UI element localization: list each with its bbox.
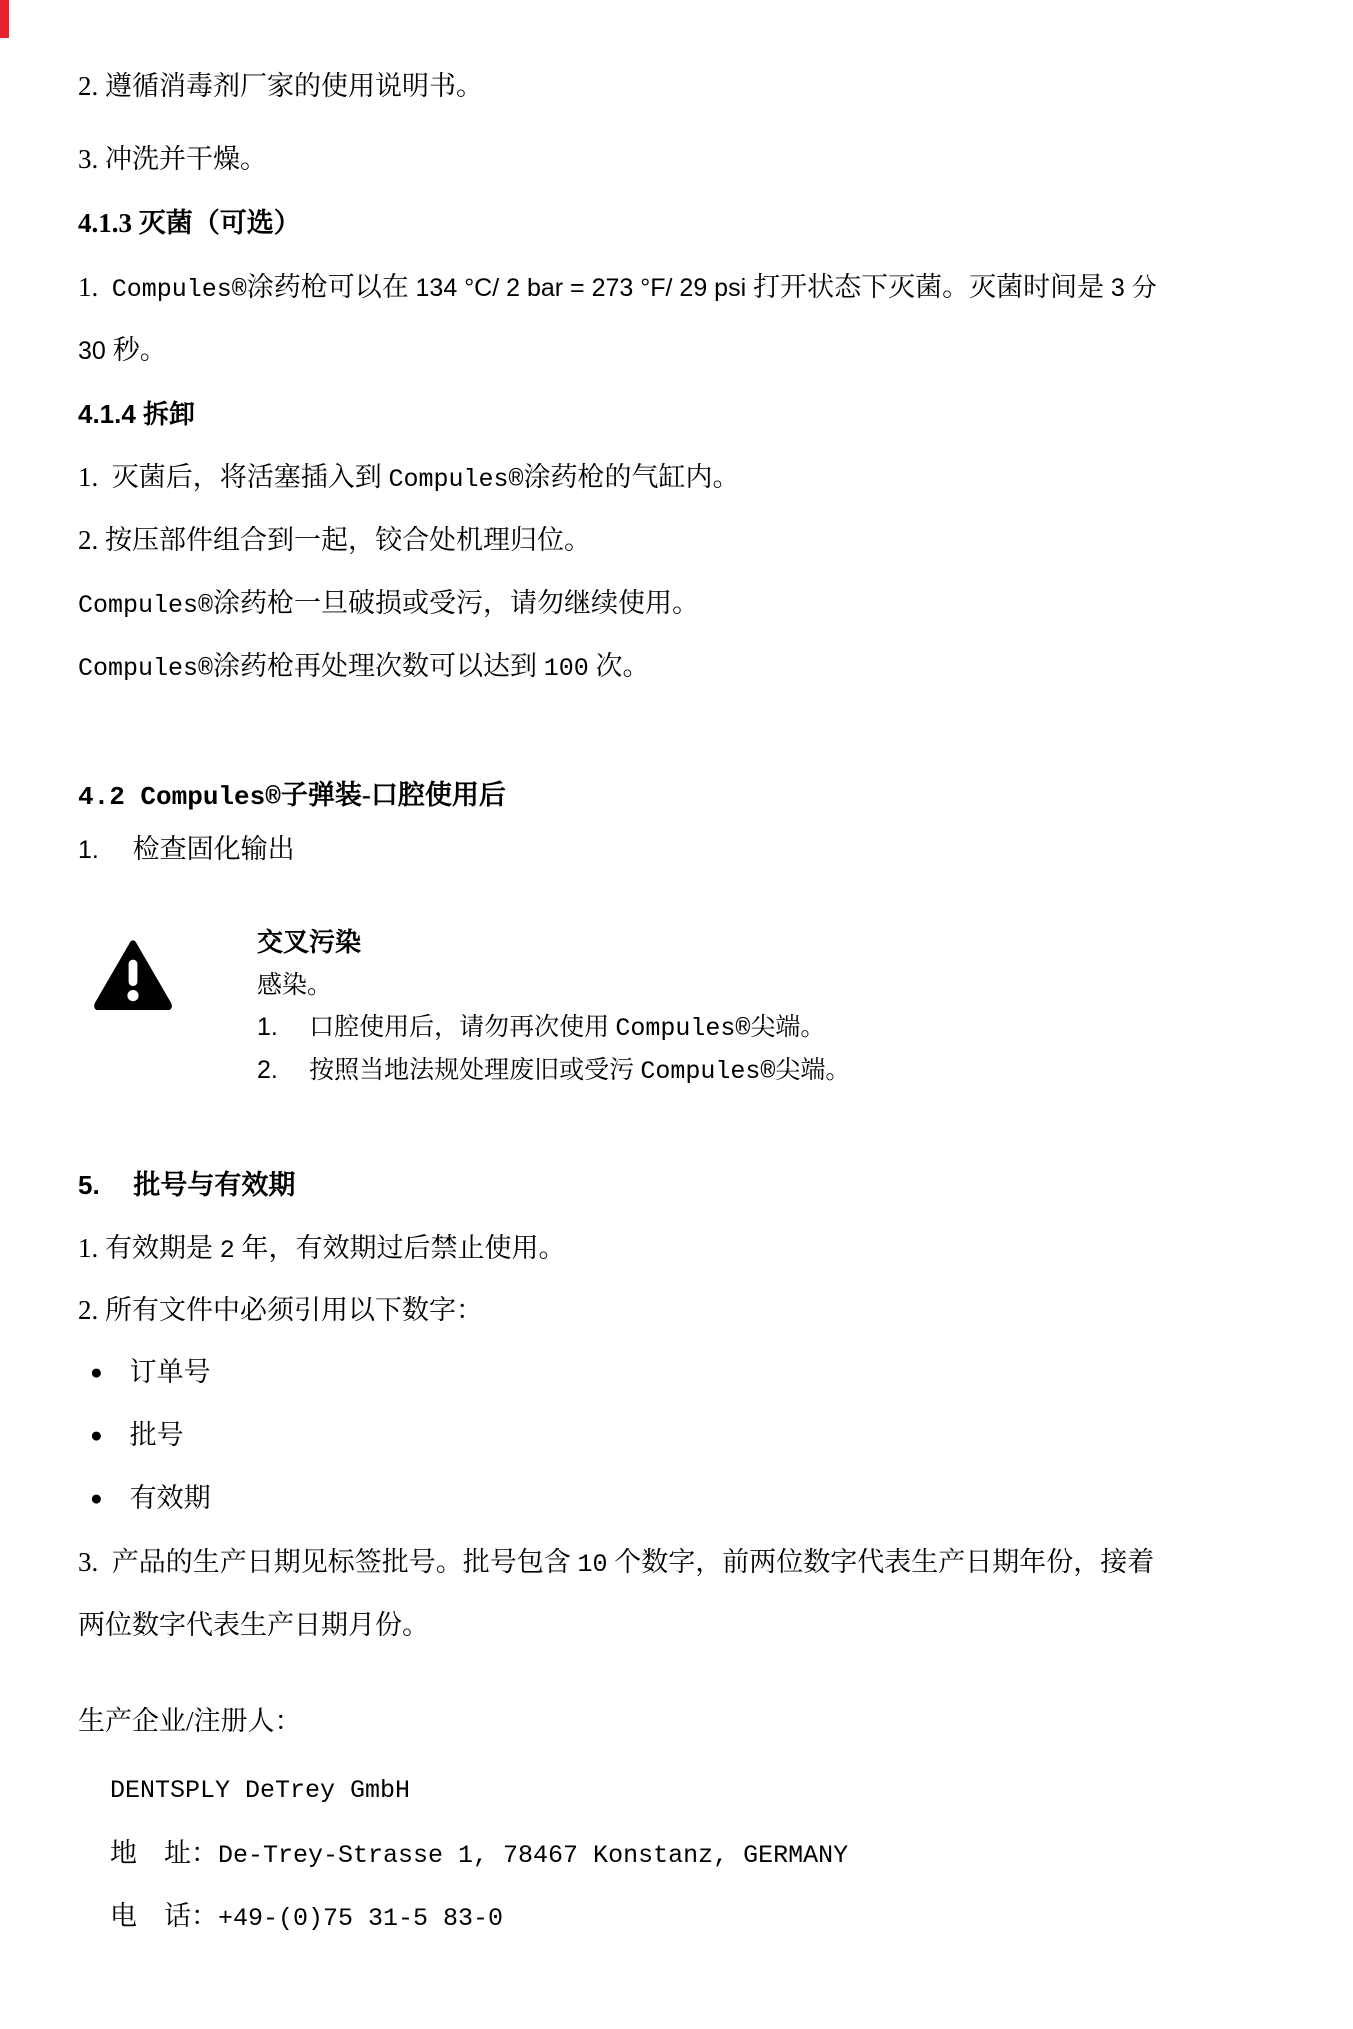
bullet-order-number-run-0: ● [90,1360,103,1384]
para-manufacturer-label: 生产企业/注册人： [78,1705,302,1739]
para-step3-rinse-dry-run-0: 3. 冲洗并干燥。 [78,144,267,174]
para-lot-number-line1-run-2: 个数字，前两位数字代表生产日期年份，接着 [608,1547,1155,1577]
bullet-lot-number-run-0: ● [90,1423,103,1447]
warning-item-2-run-0: 2. [257,1056,278,1084]
heading-5-lot-expiry-run-1: 批号与有效期 [100,1170,296,1200]
para-sterilization-line1: 1. Compules®涂药枪可以在 134 °C/ 2 bar = 273 °… [78,271,1157,305]
para-step3-rinse-dry: 3. 冲洗并干燥。 [78,143,267,177]
warning-item-2: 2. 按照当地法规处理废旧或受污 Compules®尖端。 [257,1055,850,1087]
heading-4-1-3-sterilization-run-0: 4.1.3 灭菌（可选） [78,208,301,238]
para-disassembly-step2-run-0: 2. 按压部件组合到一起，铰合处机理归位。 [78,525,591,555]
para-manufacturer-label-run-0: 生产企业/注册人： [78,1706,302,1736]
para-expiry-2-years-run-1: 2 [220,1236,235,1265]
para-documents-must-cite: 2. 所有文件中必须引用以下数字： [78,1294,483,1328]
para-lot-number-line1-run-1: 10 [578,1550,608,1579]
para-sterilization-line2: 30 秒。 [78,334,167,368]
heading-4-2-compules-after-oral-use: 4.2 Compules®子弹装-口腔使用后 [78,779,506,814]
warning-subtitle: 感染。 [257,970,332,1001]
para-damaged-warning-run-0: Compules® [78,591,213,620]
heading-4-2-compules-after-oral-use-run-0: 4.2 Compules® [78,782,281,812]
para-reprocess-count-run-0: Compules® [78,654,213,683]
para-phone-run-0: 电 话： [110,1901,218,1931]
warning-item-2-run-1: 按照当地法规处理废旧或受污 [278,1057,641,1084]
bullet-expiry-date: ● 有效期 [90,1482,211,1516]
bullet-expiry-date-run-1: 有效期 [103,1483,211,1513]
warning-title: 交叉污染 [257,926,361,960]
para-manufacturer-name-run-0: DENTSPLY DeTrey GmbH [110,1776,410,1805]
warning-triangle-icon [93,938,173,1010]
para-disassembly-step1-run-1: Compules® [389,465,524,494]
warning-item-2-run-2: Compules® [640,1057,775,1086]
heading-4-1-3-sterilization: 4.1.3 灭菌（可选） [78,207,301,241]
para-check-cure-output-run-0: 1. [78,836,99,864]
para-check-cure-output: 1. 检查固化输出 [78,833,295,867]
para-reprocess-count: Compules®涂药枪再处理次数可以达到 100 次。 [78,650,650,684]
para-lot-number-line2-run-0: 两位数字代表生产日期月份。 [78,1610,429,1640]
heading-5-lot-expiry-run-0: 5. [78,1170,100,1200]
heading-4-1-4-disassembly: 4.1.4 拆卸 [78,398,195,432]
para-sterilization-line1-run-0: 1. [78,272,112,302]
para-phone-run-1: +49-(0)75 31-5 83-0 [218,1904,503,1933]
para-reprocess-count-run-2: 100 [544,654,589,683]
heading-5-lot-expiry: 5. 批号与有效期 [78,1169,295,1203]
para-damaged-warning: Compules®涂药枪一旦破损或受污，请勿继续使用。 [78,587,699,621]
para-sterilization-line2-run-1: 秒。 [113,335,167,365]
para-address-run-1: De-Trey-Strasse 1, 78467 Konstanz, GERMA… [218,1841,848,1870]
bullet-order-number-run-1: 订单号 [103,1357,211,1387]
warning-item-2-run-3: 尖端。 [775,1057,850,1084]
warning-item-1: 1. 口腔使用后，请勿再次使用 Compules®尖端。 [257,1012,825,1044]
bullet-lot-number: ● 批号 [90,1419,184,1453]
para-sterilization-line1-run-3: 134 °C/ 2 bar = 273 °F/ 29 psi [416,274,754,302]
warning-item-1-run-2: Compules® [615,1014,750,1043]
warning-item-1-run-1: 口腔使用后，请勿再次使用 [278,1014,616,1041]
warning-item-1-run-0: 1. [257,1013,278,1041]
para-expiry-2-years: 1. 有效期是 2 年，有效期过后禁止使用。 [78,1232,566,1266]
para-address: 地 址：De-Trey-Strasse 1, 78467 Konstanz, G… [110,1837,848,1871]
para-damaged-warning-run-1: 涂药枪一旦破损或受污，请勿继续使用。 [213,588,699,618]
para-disassembly-step1-run-0: 1. 灭菌后，将活塞插入到 [78,462,389,492]
para-sterilization-line2-run-0: 30 [78,337,113,365]
para-reprocess-count-run-1: 涂药枪再处理次数可以达到 [213,651,544,681]
document-page: 2. 遵循消毒剂厂家的使用说明书。3. 冲洗并干燥。4.1.3 灭菌（可选）1.… [0,0,1353,2029]
para-lot-number-line1-run-0: 3. 产品的生产日期见标签批号。批号包含 [78,1547,578,1577]
para-sterilization-line1-run-4: 打开状态下灭菌。灭菌时间是 [753,272,1111,302]
para-expiry-2-years-run-0: 1. 有效期是 [78,1233,220,1263]
para-manufacturer-name: DENTSPLY DeTrey GmbH [110,1772,410,1806]
para-phone: 电 话：+49-(0)75 31-5 83-0 [110,1900,503,1934]
para-address-run-0: 地 址： [110,1838,218,1868]
warning-subtitle-run-0: 感染。 [257,972,332,999]
para-lot-number-line2: 两位数字代表生产日期月份。 [78,1609,429,1643]
para-disassembly-step2: 2. 按压部件组合到一起，铰合处机理归位。 [78,524,591,558]
para-reprocess-count-run-3: 次。 [589,651,650,681]
bullet-order-number: ● 订单号 [90,1356,211,1390]
para-expiry-2-years-run-2: 年，有效期过后禁止使用。 [235,1233,566,1263]
edge-red-mark [0,0,9,38]
heading-4-1-4-disassembly-run-0: 4.1.4 拆卸 [78,399,195,429]
heading-4-2-compules-after-oral-use-run-1: 子弹装-口腔使用后 [281,780,506,810]
para-step2-disinfectant: 2. 遵循消毒剂厂家的使用说明书。 [78,70,483,104]
warning-title-run-0: 交叉污染 [257,927,361,957]
para-sterilization-line1-run-5: 3 分 [1111,274,1157,302]
para-step2-disinfectant-run-0: 2. 遵循消毒剂厂家的使用说明书。 [78,71,483,101]
para-disassembly-step1: 1. 灭菌后，将活塞插入到 Compules®涂药枪的气缸内。 [78,461,740,495]
para-check-cure-output-run-1: 检查固化输出 [99,834,295,864]
para-disassembly-step1-run-2: 涂药枪的气缸内。 [524,462,740,492]
bullet-expiry-date-run-0: ● [90,1486,103,1510]
bullet-lot-number-run-1: 批号 [103,1420,184,1450]
para-lot-number-line1: 3. 产品的生产日期见标签批号。批号包含 10 个数字，前两位数字代表生产日期年… [78,1546,1154,1580]
warning-item-1-run-3: 尖端。 [750,1014,825,1041]
para-sterilization-line1-run-1: Compules® [112,275,247,304]
para-documents-must-cite-run-0: 2. 所有文件中必须引用以下数字： [78,1295,483,1325]
para-sterilization-line1-run-2: 涂药枪可以在 [247,272,416,302]
